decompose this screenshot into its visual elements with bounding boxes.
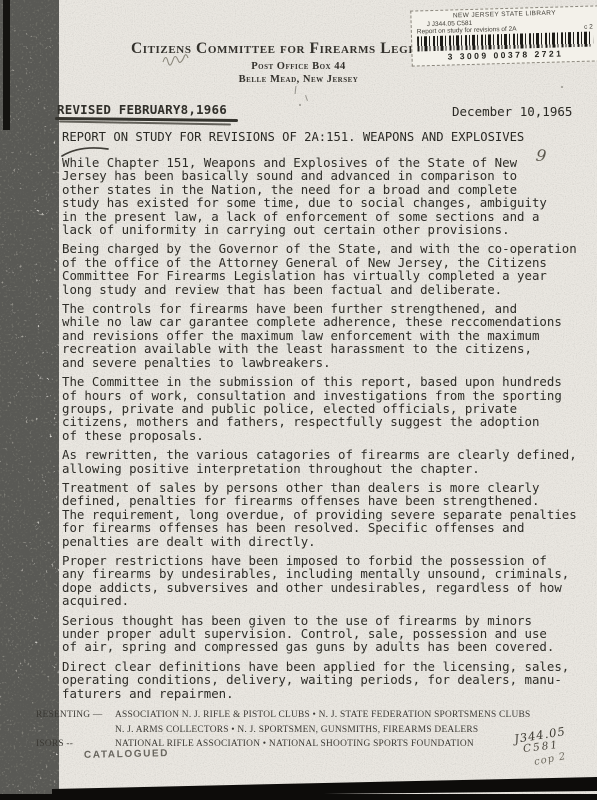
paragraph: Serious thought has been given to the us…	[62, 614, 578, 654]
paragraph: The Committee in the submission of this …	[62, 375, 578, 442]
paragraph: Being charged by the Governor of the Sta…	[62, 242, 578, 296]
pencil-dot	[561, 86, 563, 88]
document-body: While Chapter 151, Weapons and Explosive…	[62, 156, 578, 706]
address-line-2: Belle Mead, New Jersey	[0, 73, 597, 86]
footer-prefix-representing: RESENTING —	[36, 708, 115, 723]
paragraph: As rewritten, the various catagories of …	[62, 448, 578, 475]
paragraph: Treatment of sales by persons other than…	[62, 481, 578, 548]
left-scan-band-base	[0, 0, 56, 790]
left-scan-band-speckle	[0, 0, 56, 790]
footer-line-1: ASSOCIATION N. J. RIFLE & PISTOL CLUBS •…	[115, 708, 531, 723]
copy-code: c 2	[584, 24, 593, 31]
library-barcode-label: NEW JERSEY STATE LIBRARY J J344.05 C581 …	[410, 5, 597, 66]
bottom-scan-shadow-wedge	[52, 777, 597, 797]
revised-note: REVISED FEBRUARY8,1966	[57, 102, 227, 117]
paragraph: While Chapter 151, Weapons and Explosive…	[62, 156, 578, 236]
pencil-tick	[305, 95, 308, 101]
paragraph: The controls for firearms have been furt…	[62, 302, 578, 369]
pencil-dot	[299, 104, 301, 106]
catalogued-stamp: CATALOGUED	[84, 748, 169, 761]
pencil-tick	[295, 86, 297, 94]
scanned-document-page: Citizens Committee for Firearms Legislat…	[0, 0, 597, 800]
paragraph: Proper restrictions have been imposed to…	[62, 554, 578, 608]
bottom-scan-shadow-bar	[0, 794, 597, 800]
handwritten-copy-note: cop 2	[533, 751, 567, 768]
document-title: REPORT ON STUDY FOR REVISIONS OF 2A:151.…	[62, 130, 524, 144]
left-scan-band-blotch	[0, 0, 56, 790]
footer-organizations: RESENTING — ASSOCIATION N. J. RIFLE & PI…	[36, 708, 581, 752]
document-date: December 10,1965	[452, 104, 572, 119]
paragraph: Direct clear definitions have been appli…	[62, 660, 578, 700]
footer-line-2: N. J. ARMS COLLECTORS • N. J. SPORTSMEN,…	[115, 723, 581, 738]
